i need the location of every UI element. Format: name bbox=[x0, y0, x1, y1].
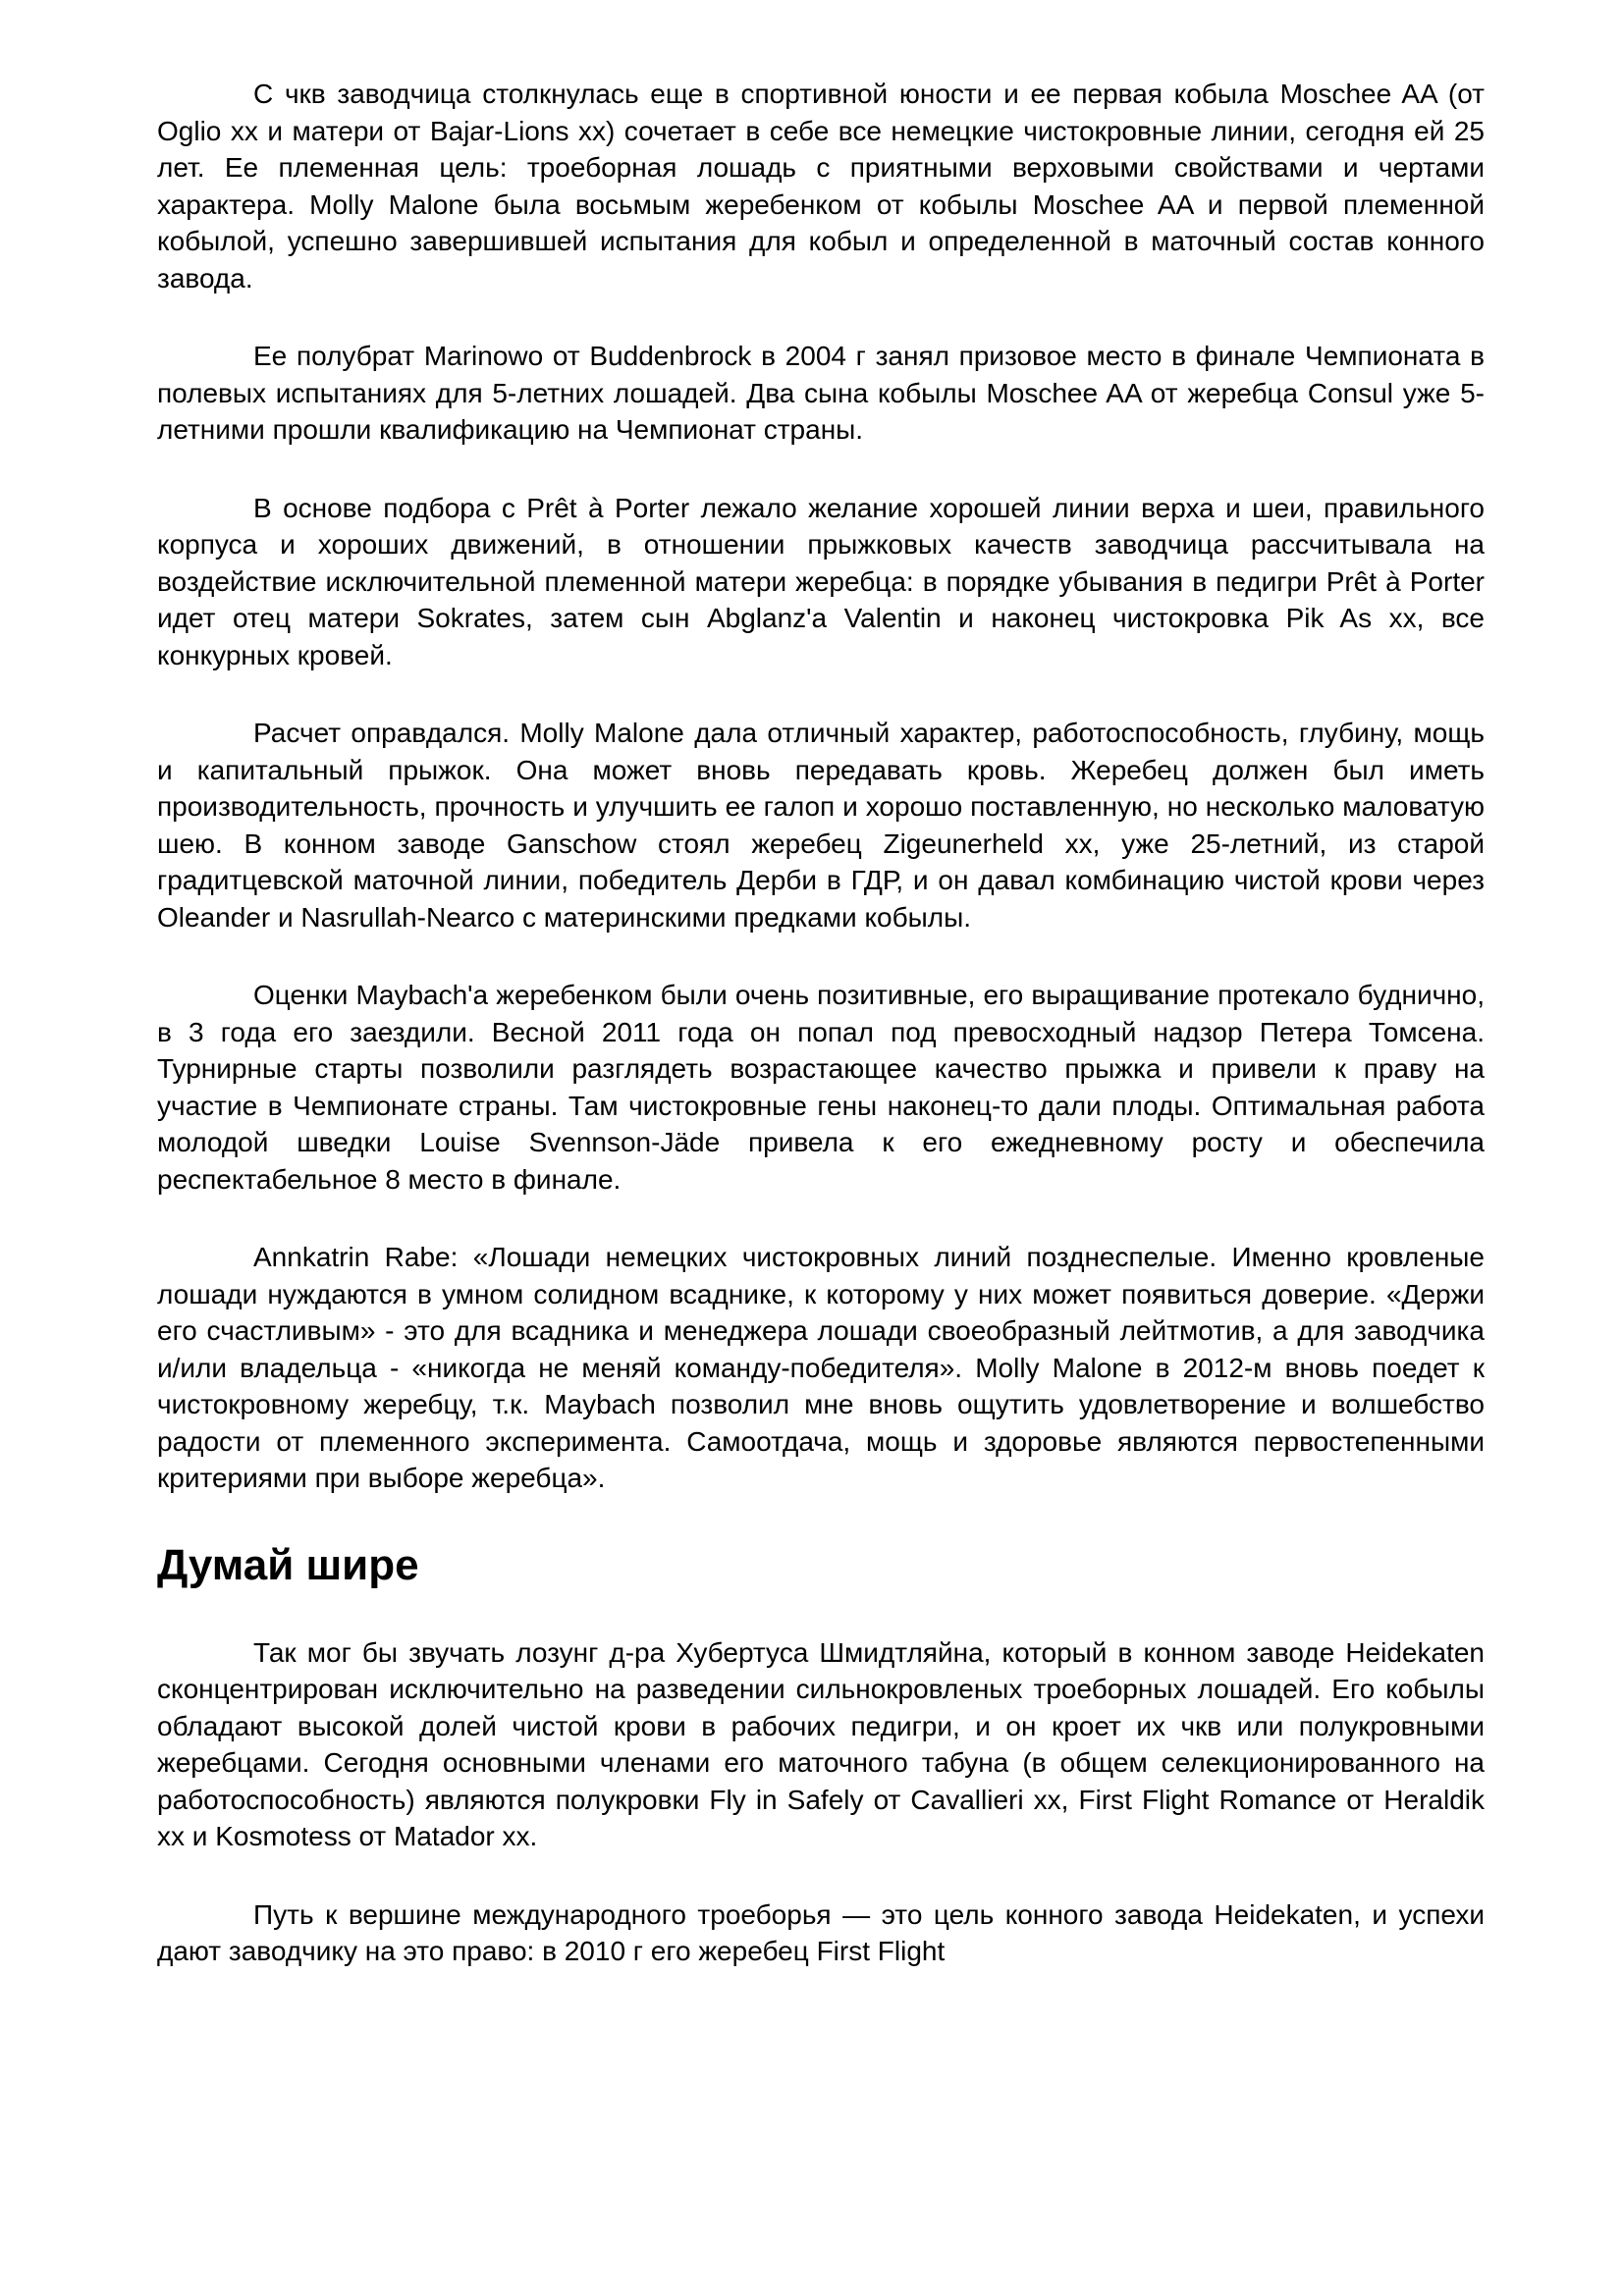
section-heading-think-wider: Думай шире bbox=[157, 1538, 1485, 1593]
paragraph-breeder-intro: С чкв заводчица столкнулась еще в спорти… bbox=[157, 76, 1485, 296]
paragraph-calculation: Расчет оправдался. Molly Malone дала отл… bbox=[157, 715, 1485, 935]
paragraph-half-brother: Ее полубрат Marinowo от Buddenbrock в 20… bbox=[157, 338, 1485, 449]
paragraph-heidekaten: Так мог бы звучать лозунг д-ра Хубертуса… bbox=[157, 1634, 1485, 1855]
paragraph-maybach-scores: Оценки Maybach'a жеребенком были очень п… bbox=[157, 977, 1485, 1198]
paragraph-pret-a-porter: В основе подбора с Prêt à Porter лежало … bbox=[157, 490, 1485, 674]
paragraph-path-to-top: Путь к вершине международного троеборья … bbox=[157, 1896, 1485, 1970]
paragraph-annkatrin-quote: Annkatrin Rabe: «Лошади немецких чистокр… bbox=[157, 1239, 1485, 1497]
document-page: С чкв заводчица столкнулась еще в спорти… bbox=[0, 0, 1623, 2296]
